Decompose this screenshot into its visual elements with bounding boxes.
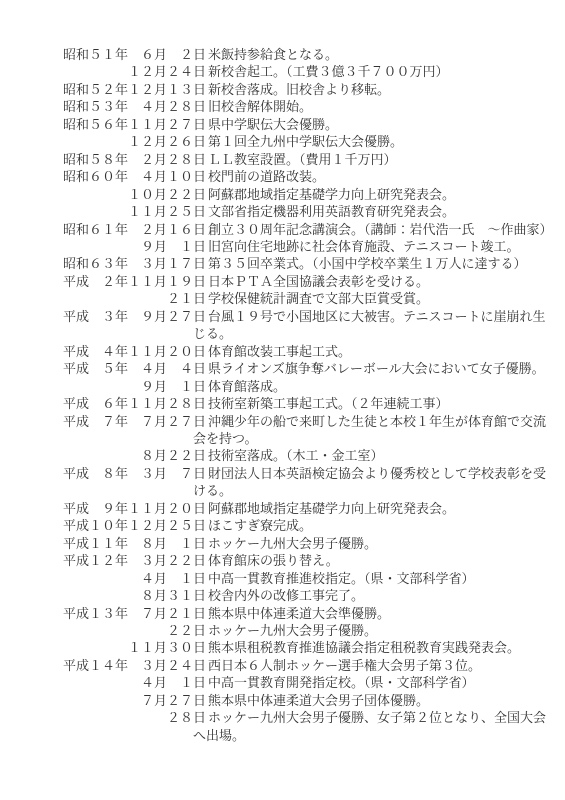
entry-text: 西日本６人制ホッケー選手権大会男子第３位。 [208,657,481,674]
entry-text: ホッケー九州大会男子優勝。 [208,622,377,639]
entry-text: 技術室落成。（木工・金工室） [208,447,384,464]
entry-date: 平成 ９年１１月２０日 [63,500,206,517]
entry-date: 平成 ２年１１月１９日 [63,273,206,290]
history-entry: ７月２７日 熊本県中体連柔道大会男子団体優勝。 [63,692,557,709]
entry-date: 昭和６３年 ３月１７日 [63,255,206,272]
history-entry: 平成 ８年 ３月 ７日 財団法人日本英語検定協会より優秀校として学校表彰を受 [63,465,557,482]
entry-text: 技術室新築工事起工式。（２年連続工事） [208,395,449,412]
entry-date: 平成１４年 ３月２４日 [63,657,206,674]
entry-text: 熊本県中体連柔道大会準優勝。 [208,605,390,622]
entry-date: 昭和５３年 ４月２８日 [63,98,206,115]
history-entry: 昭和５２年１２月１３日 新校舎落成。旧校舎より移転。 [63,81,557,98]
entry-date: ８月２２日 [63,447,206,464]
entry-date: 平成１３年 ７月２１日 [63,605,206,622]
entry-text: 体育館床の張り替え。 [208,552,339,569]
history-entry: 平成１１年 ８月 １日 ホッケー九州大会男子優勝。 [63,535,557,552]
history-list: 昭和５１年 ６月 ２日 米飯持参給食となる。 １２月２４日 新校舎起工。（工費３… [63,46,557,744]
history-entry: 平成１４年 ３月２４日 西日本６人制ホッケー選手権大会男子第３位。 [63,657,557,674]
entry-text: ける。 [193,482,232,499]
history-entry: 昭和６０年 ４月１０日 校門前の道路改装。 [63,168,557,185]
history-entry: ９月 １日 体育館落成。 [63,378,557,395]
history-entry: 平成 ４年１１月２０日 体育館改装工事起工式。 [63,343,557,360]
entry-text: 創立３０周年記念講演会。（講師：岩代浩一氏 ～作曲家） [208,221,553,238]
history-entry: 昭和６３年 ３月１７日 第３５回卒業式。（小国中学校卒業生１万人に達する） [63,255,557,272]
entry-date: 平成 ３年 ９月２７日 [63,308,206,325]
entry-text: 沖縄少年の船で来町した生徒と本校１年生が体育館で交流 [208,413,546,430]
history-entry: ２８日 ホッケー九州大会男子優勝、女子第２位となり、全国大会 [63,709,557,726]
history-entry: じる。 [63,325,557,342]
entry-date: ９月 １日 [63,378,206,395]
history-entry: ８月２２日 技術室落成。（木工・金工室） [63,447,557,464]
entry-text: 新校舎起工。（工費３億３千７００万円） [208,63,449,80]
history-entry: ２２日 ホッケー九州大会男子優勝。 [63,622,557,639]
entry-date: 昭和６１年 ２月１６日 [63,221,206,238]
entry-date: 平成１２年 ３月２２日 [63,552,206,569]
entry-date: 昭和５１年 ６月 ２日 [63,46,206,63]
entry-text: じる。 [193,325,232,342]
history-entry: 平成 ９年１１月２０日 阿蘇郡地域指定基礎学力向上研究発表会。 [63,500,557,517]
entry-text: 財団法人日本英語検定協会より優秀校として学校表彰を受 [208,465,546,482]
entry-date: 平成１０年１２月２５日 [63,517,206,534]
entry-date: 平成１１年 ８月 １日 [63,535,206,552]
entry-date: １１月３０日 [63,639,206,656]
entry-text: 熊本県租税教育推進協議会指定租税教育実践発表会。 [208,639,520,656]
entry-date: １２月２４日 [63,63,206,80]
entry-text: 会を持つ。 [193,430,257,447]
entry-text: 校門前の道路改装。 [208,168,325,185]
history-entry: ８月３１日 校舎内外の改修工事完了。 [63,587,557,604]
entry-date: 昭和５６年１１月２７日 [63,116,206,133]
entry-date: ２８日 [63,709,206,726]
entry-text: 文部省指定機器利用英語教育研究発表会。 [208,203,455,220]
history-entry: １１月３０日 熊本県租税教育推進協議会指定租税教育実践発表会。 [63,639,557,656]
entry-date: 昭和６０年 ４月１０日 [63,168,206,185]
entry-text: 中高一貫教育開発指定校。（県・文部科学省） [208,674,475,691]
history-entry: 平成 ３年 ９月２７日 台風１９号で小国地区に大被害。テニスコートに崖崩れ生 [63,308,557,325]
entry-text: 阿蘇郡地域指定基礎学力向上研究発表会。 [208,500,455,517]
entry-text: 学校保健統計調査で文部大臣賞受賞。 [208,290,429,307]
entry-date: ４月 １日 [63,570,206,587]
entry-text: 校舎内外の改修工事完了。 [208,587,364,604]
entry-text: ほこすぎ寮完成。 [208,517,312,534]
entry-text: ホッケー九州大会男子優勝。 [208,535,377,552]
entry-text: 日本ＰＴＡ全国協議会表彰を受ける。 [208,273,429,290]
history-entry: 平成 ５年 ４月 ４日 県ライオンズ旗争奪バレーボール大会において女子優勝。 [63,360,557,377]
entry-text: 第３５回卒業式。（小国中学校卒業生１万人に達する） [208,255,527,272]
history-entry: ９月 １日 旧宮向住宅地跡に社会体育施設、テニスコート竣工。 [63,238,557,255]
history-entry: ４月 １日 中高一貫教育推進校指定。（県・文部科学省） [63,570,557,587]
history-entry: 平成１０年１２月２５日 ほこすぎ寮完成。 [63,517,557,534]
entry-date: ４月 １日 [63,674,206,691]
entry-text: 熊本県中体連柔道大会男子団体優勝。 [208,692,429,709]
entry-text: 台風１９号で小国地区に大被害。テニスコートに崖崩れ生 [208,308,545,325]
entry-date: 平成 ４年１１月２０日 [63,343,206,360]
entry-date: ２１日 [63,290,206,307]
entry-date: 平成 ６年１１月２８日 [63,395,206,412]
history-entry: 平成 ６年１１月２８日 技術室新築工事起工式。（２年連続工事） [63,395,557,412]
entry-text: 旧校舎解体開始。 [208,98,312,115]
entry-text: 新校舎落成。旧校舎より移転。 [208,81,390,98]
entry-text: ＬＬ教室設置。（費用１千万円） [208,151,397,168]
entry-text: 体育館落成。 [208,378,286,395]
entry-date: ２２日 [63,622,206,639]
entry-date: 平成 ５年 ４月 ４日 [63,360,206,377]
history-entry: ける。 [63,482,557,499]
history-entry: 平成 ２年１１月１９日 日本ＰＴＡ全国協議会表彰を受ける。 [63,273,557,290]
entry-text: 県ライオンズ旗争奪バレーボール大会において女子優勝。 [208,360,545,377]
entry-text: へ出場。 [193,727,245,744]
entry-date: 昭和５８年 ２月２８日 [63,151,206,168]
entry-text: ホッケー九州大会男子優勝、女子第２位となり、全国大会 [208,709,546,726]
entry-date: ７月２７日 [63,692,206,709]
document-page: 昭和５１年 ６月 ２日 米飯持参給食となる。 １２月２４日 新校舎起工。（工費３… [0,0,565,800]
entry-text: 米飯持参給食となる。 [208,46,338,63]
entry-text: 県中学駅伝大会優勝。 [208,116,338,133]
entry-text: 中高一貫教育推進校指定。（県・文部科学省） [208,570,475,587]
entry-date: ９月 １日 [63,238,206,255]
entry-text: 第１回全九州中学駅伝大会優勝。 [208,133,403,150]
entry-text: 体育館改装工事起工式。 [208,343,351,360]
history-entry: 昭和５３年 ４月２８日 旧校舎解体開始。 [63,98,557,115]
history-entry: 平成 ７年 ７月２７日 沖縄少年の船で来町した生徒と本校１年生が体育館で交流 [63,413,557,430]
history-entry: 会を持つ。 [63,430,557,447]
history-entry: 昭和５６年１１月２７日 県中学駅伝大会優勝。 [63,116,557,133]
history-entry: ４月 １日 中高一貫教育開発指定校。（県・文部科学省） [63,674,557,691]
entry-date: 昭和５２年１２月１３日 [63,81,206,98]
entry-date: １２月２６日 [63,133,206,150]
entry-date: 平成 ８年 ３月 ７日 [63,465,206,482]
entry-date: ８月３１日 [63,587,206,604]
history-entry: 平成１２年 ３月２２日 体育館床の張り替え。 [63,552,557,569]
history-entry: 昭和５８年 ２月２８日 ＬＬ教室設置。（費用１千万円） [63,151,557,168]
history-entry: 昭和６１年 ２月１６日 創立３０周年記念講演会。（講師：岩代浩一氏 ～作曲家） [63,221,557,238]
history-entry: ２１日 学校保健統計調査で文部大臣賞受賞。 [63,290,557,307]
history-entry: １２月２６日 第１回全九州中学駅伝大会優勝。 [63,133,557,150]
entry-date: １０月２２日 [63,186,206,203]
entry-date: 平成 ７年 ７月２７日 [63,413,206,430]
history-entry: １０月２２日 阿蘇郡地域指定基礎学力向上研究発表会。 [63,186,557,203]
history-entry: 平成１３年 ７月２１日 熊本県中体連柔道大会準優勝。 [63,605,557,622]
history-entry: へ出場。 [63,727,557,744]
entry-text: 旧宮向住宅地跡に社会体育施設、テニスコート竣工。 [208,238,519,255]
history-entry: １１月２５日 文部省指定機器利用英語教育研究発表会。 [63,203,557,220]
history-entry: 昭和５１年 ６月 ２日 米飯持参給食となる。 [63,46,557,63]
history-entry: １２月２４日 新校舎起工。（工費３億３千７００万円） [63,63,557,80]
entry-text: 阿蘇郡地域指定基礎学力向上研究発表会。 [208,186,455,203]
entry-date: １１月２５日 [63,203,206,220]
